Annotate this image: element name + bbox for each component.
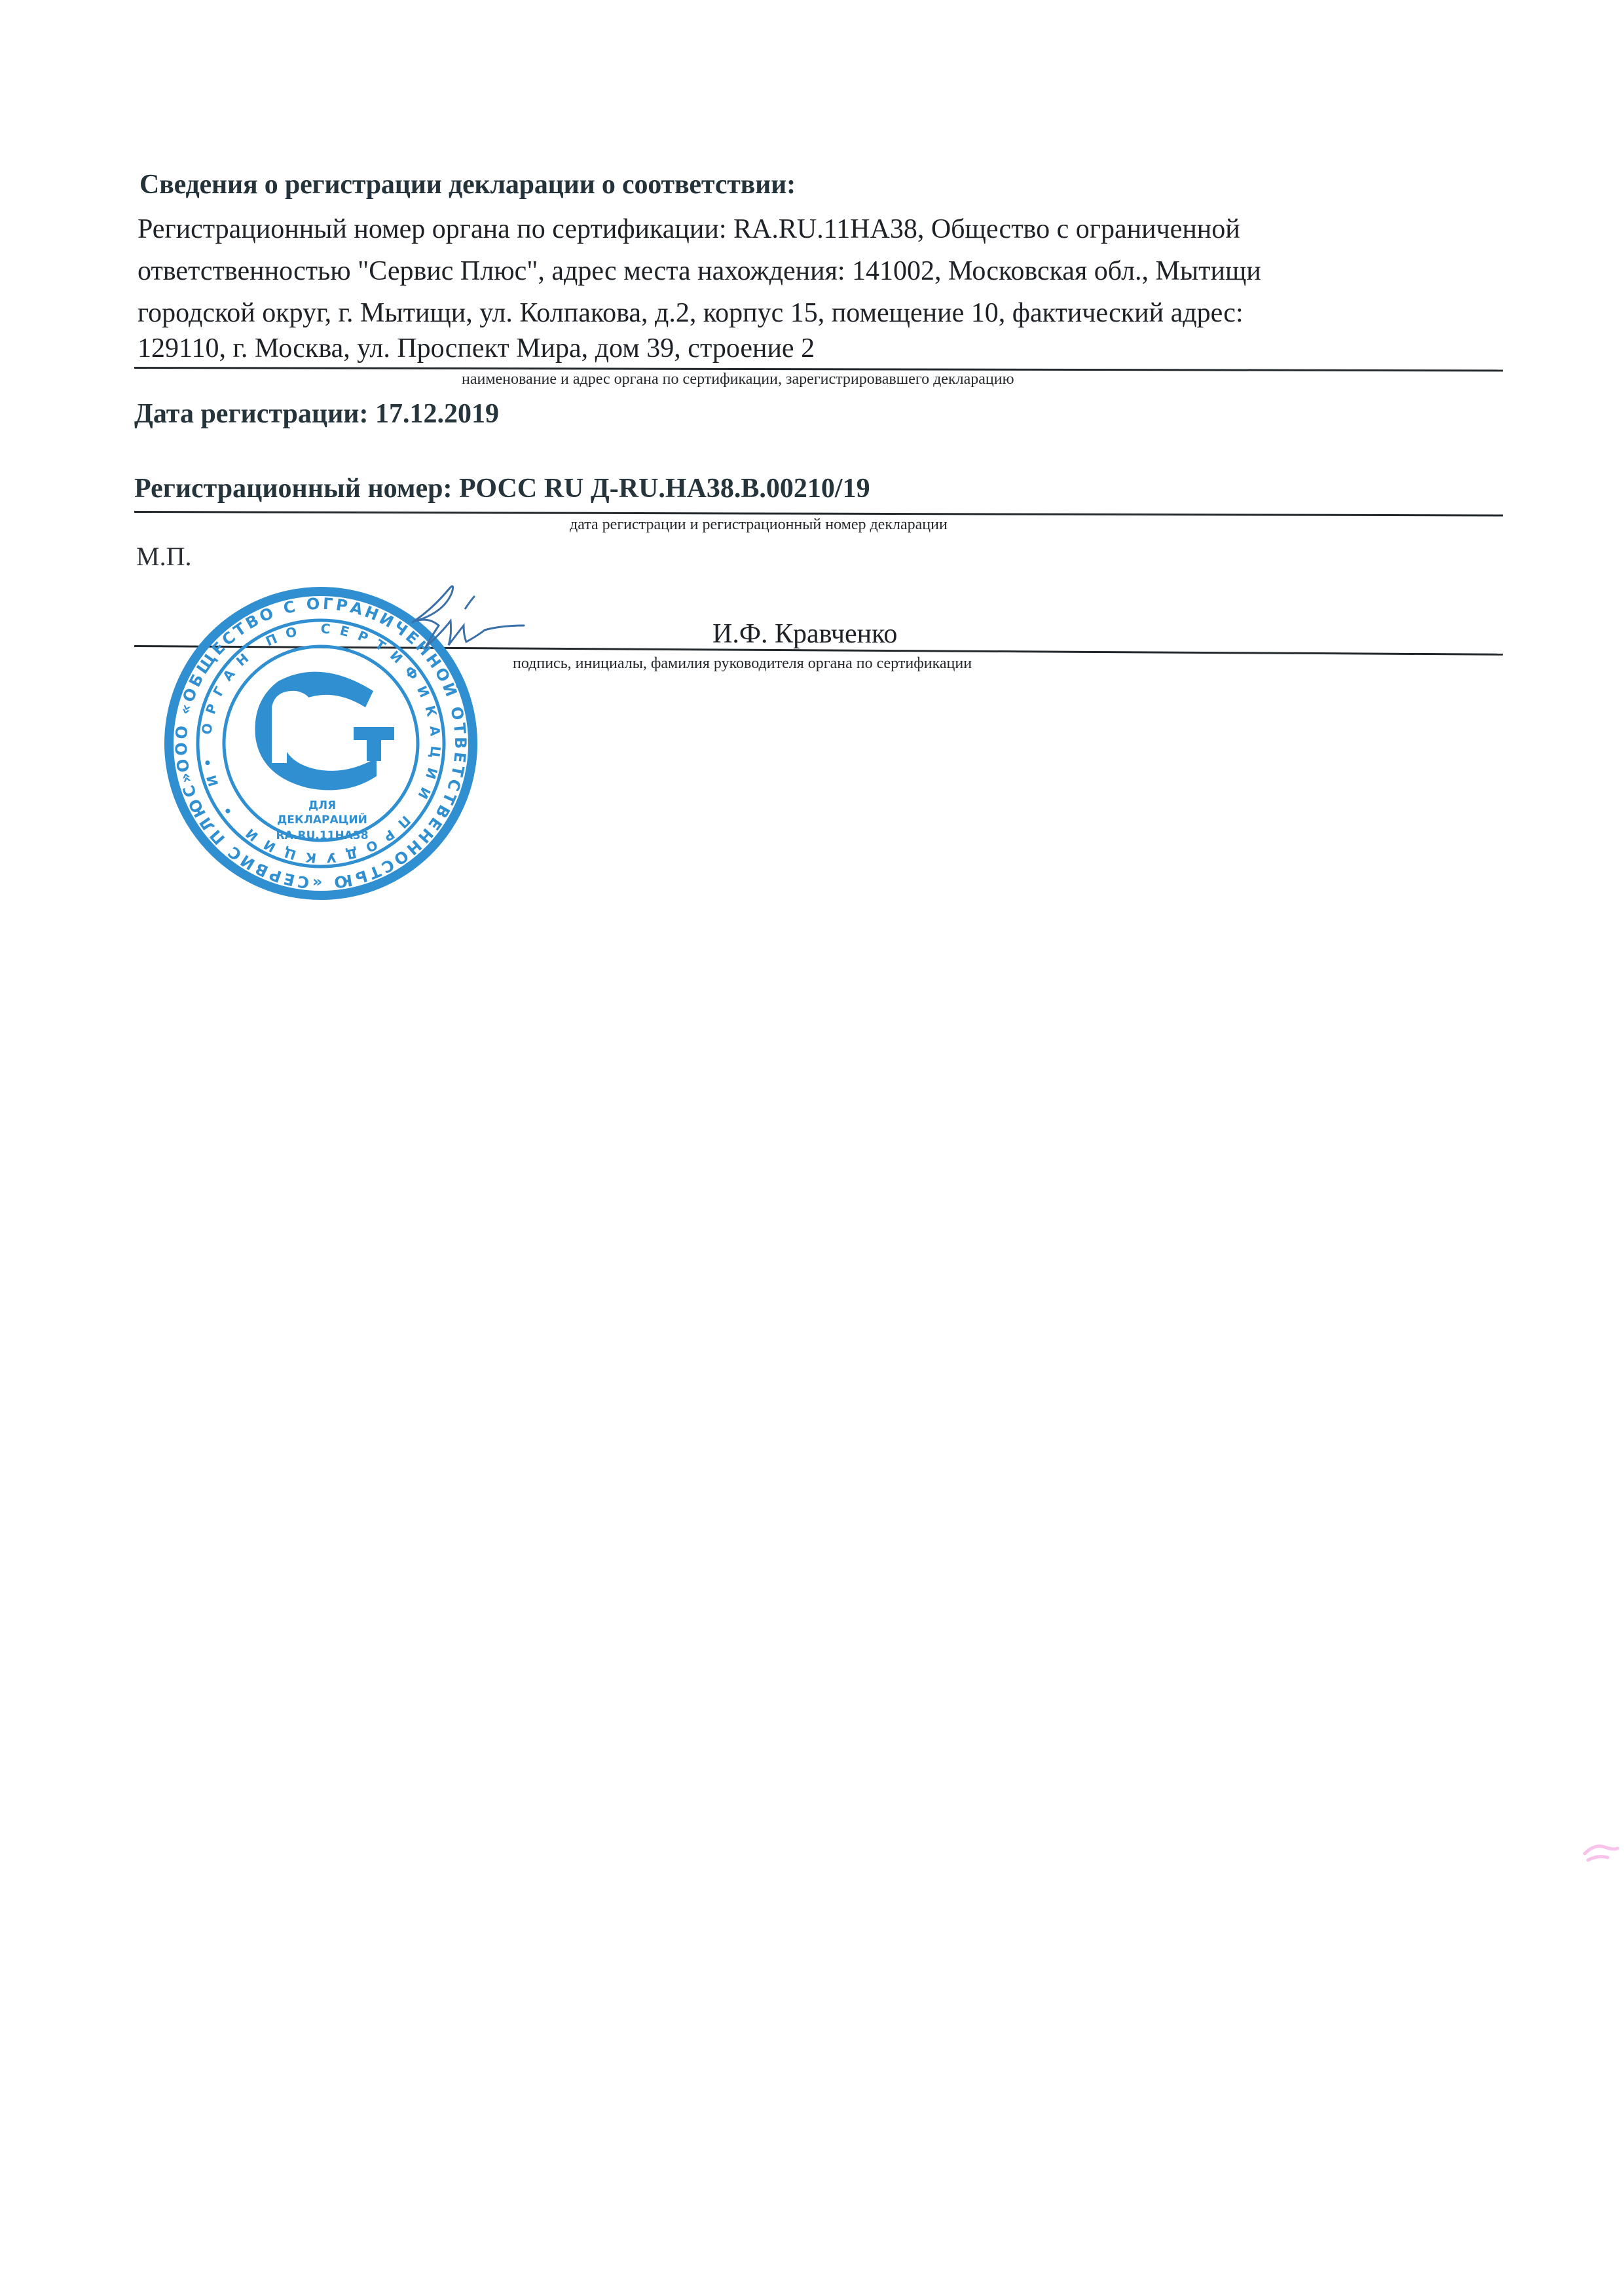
body-line-1: Регистрационный номер органа по сертифик…	[138, 214, 1240, 245]
handwritten-signature	[386, 570, 530, 668]
caption-authority: наименование и адрес органа по сертифика…	[462, 371, 1014, 388]
body-line-2: ответственностью "Сервис Плюс", адрес ме…	[138, 255, 1261, 287]
registration-date: Дата регистрации: 17.12.2019	[134, 398, 499, 430]
section-title: Сведения о регистрации декларации о соот…	[139, 169, 796, 200]
body-line-4: 129110, г. Москва, ул. Проспект Мира, до…	[138, 333, 815, 364]
svg-text:RA.RU.11НА38: RA.RU.11НА38	[276, 829, 368, 842]
signatory-name: И.Ф. Кравченко	[712, 618, 897, 650]
svg-text:ДЕКЛАРАЦИЙ: ДЕКЛАРАЦИЙ	[277, 812, 367, 827]
seal-place-label: М.П.	[136, 541, 191, 572]
body-line-3: городской округ, г. Мытищи, ул. Колпаков…	[138, 297, 1244, 329]
rst-logo-icon	[255, 672, 394, 791]
caption-signature: подпись, инициалы, фамилия руководителя …	[513, 655, 972, 673]
ink-smudge	[1578, 1834, 1624, 1867]
svg-text:ДЛЯ: ДЛЯ	[308, 799, 336, 812]
registration-number: Регистрационный номер: РОСС RU Д-RU.НА38…	[134, 473, 870, 504]
signature-icon	[386, 570, 530, 668]
caption-registration: дата регистрации и регистрационный номер…	[570, 516, 948, 534]
